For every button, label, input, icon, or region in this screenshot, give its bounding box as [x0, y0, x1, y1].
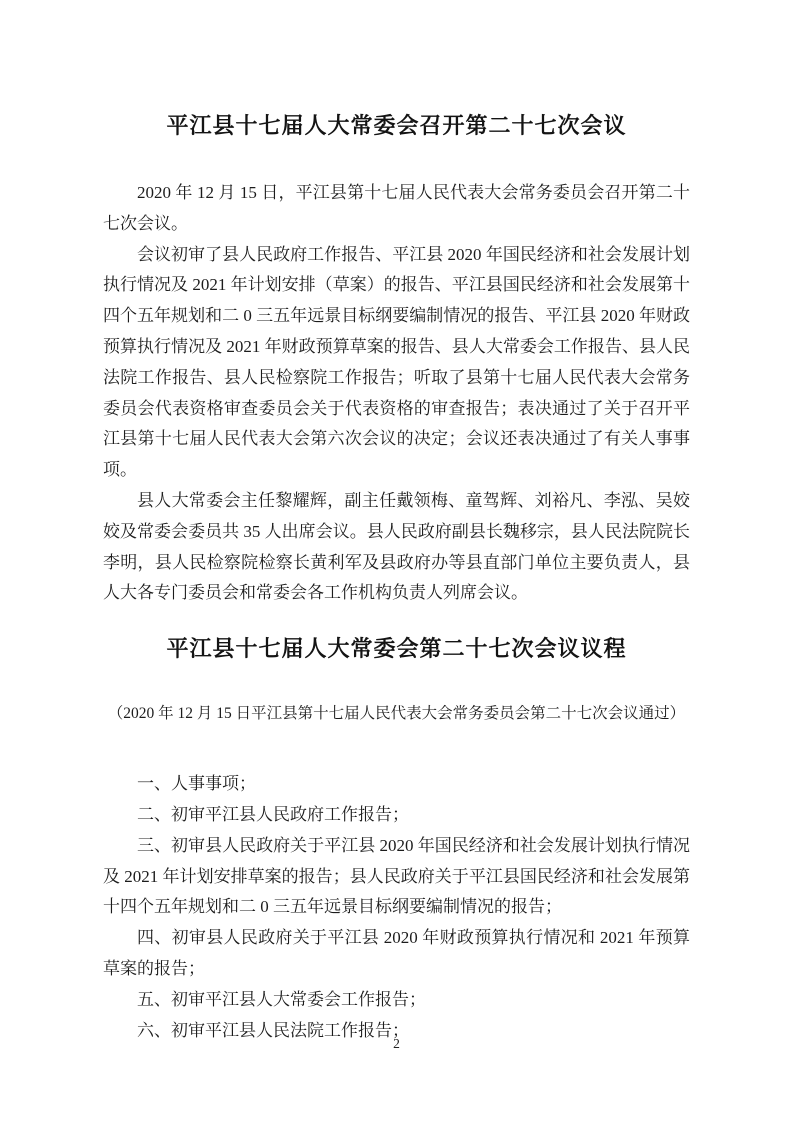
- article2-subtitle: （2020 年 12 月 15 日平江县第十七届人民代表大会常务委员会第二十七次…: [103, 701, 690, 727]
- agenda-item-1: 一、人事事项；: [103, 769, 690, 800]
- article1-paragraph-2: 会议初审了县人民政府工作报告、平江县 2020 年国民经济和社会发展计划执行情况…: [103, 240, 690, 486]
- article2-title: 平江县十七届人大常委会第二十七次会议议程: [103, 633, 690, 665]
- page-number: 2: [0, 1036, 793, 1052]
- article1-paragraph-3: 县人大常委会主任黎耀辉，副主任戴领梅、童驾辉、刘裕凡、李泓、吴姣姣及常委会委员共…: [103, 486, 690, 609]
- agenda-item-4: 四、初审县人民政府关于平江县 2020 年财政预算执行情况和 2021 年预算草…: [103, 923, 690, 985]
- article1-title: 平江县十七届人大常委会召开第二十七次会议: [103, 110, 690, 142]
- agenda-item-5: 五、初审平江县人大常委会工作报告；: [103, 985, 690, 1016]
- agenda-item-2: 二、初审平江县人民政府工作报告；: [103, 800, 690, 831]
- article1-paragraph-1: 2020 年 12 月 15 日，平江县第十七届人民代表大会常务委员会召开第二十…: [103, 178, 690, 240]
- agenda-item-3: 三、初审县人民政府关于平江县 2020 年国民经济和社会发展计划执行情况及 20…: [103, 831, 690, 923]
- document-page: 平江县十七届人大常委会召开第二十七次会议 2020 年 12 月 15 日，平江…: [0, 0, 793, 1122]
